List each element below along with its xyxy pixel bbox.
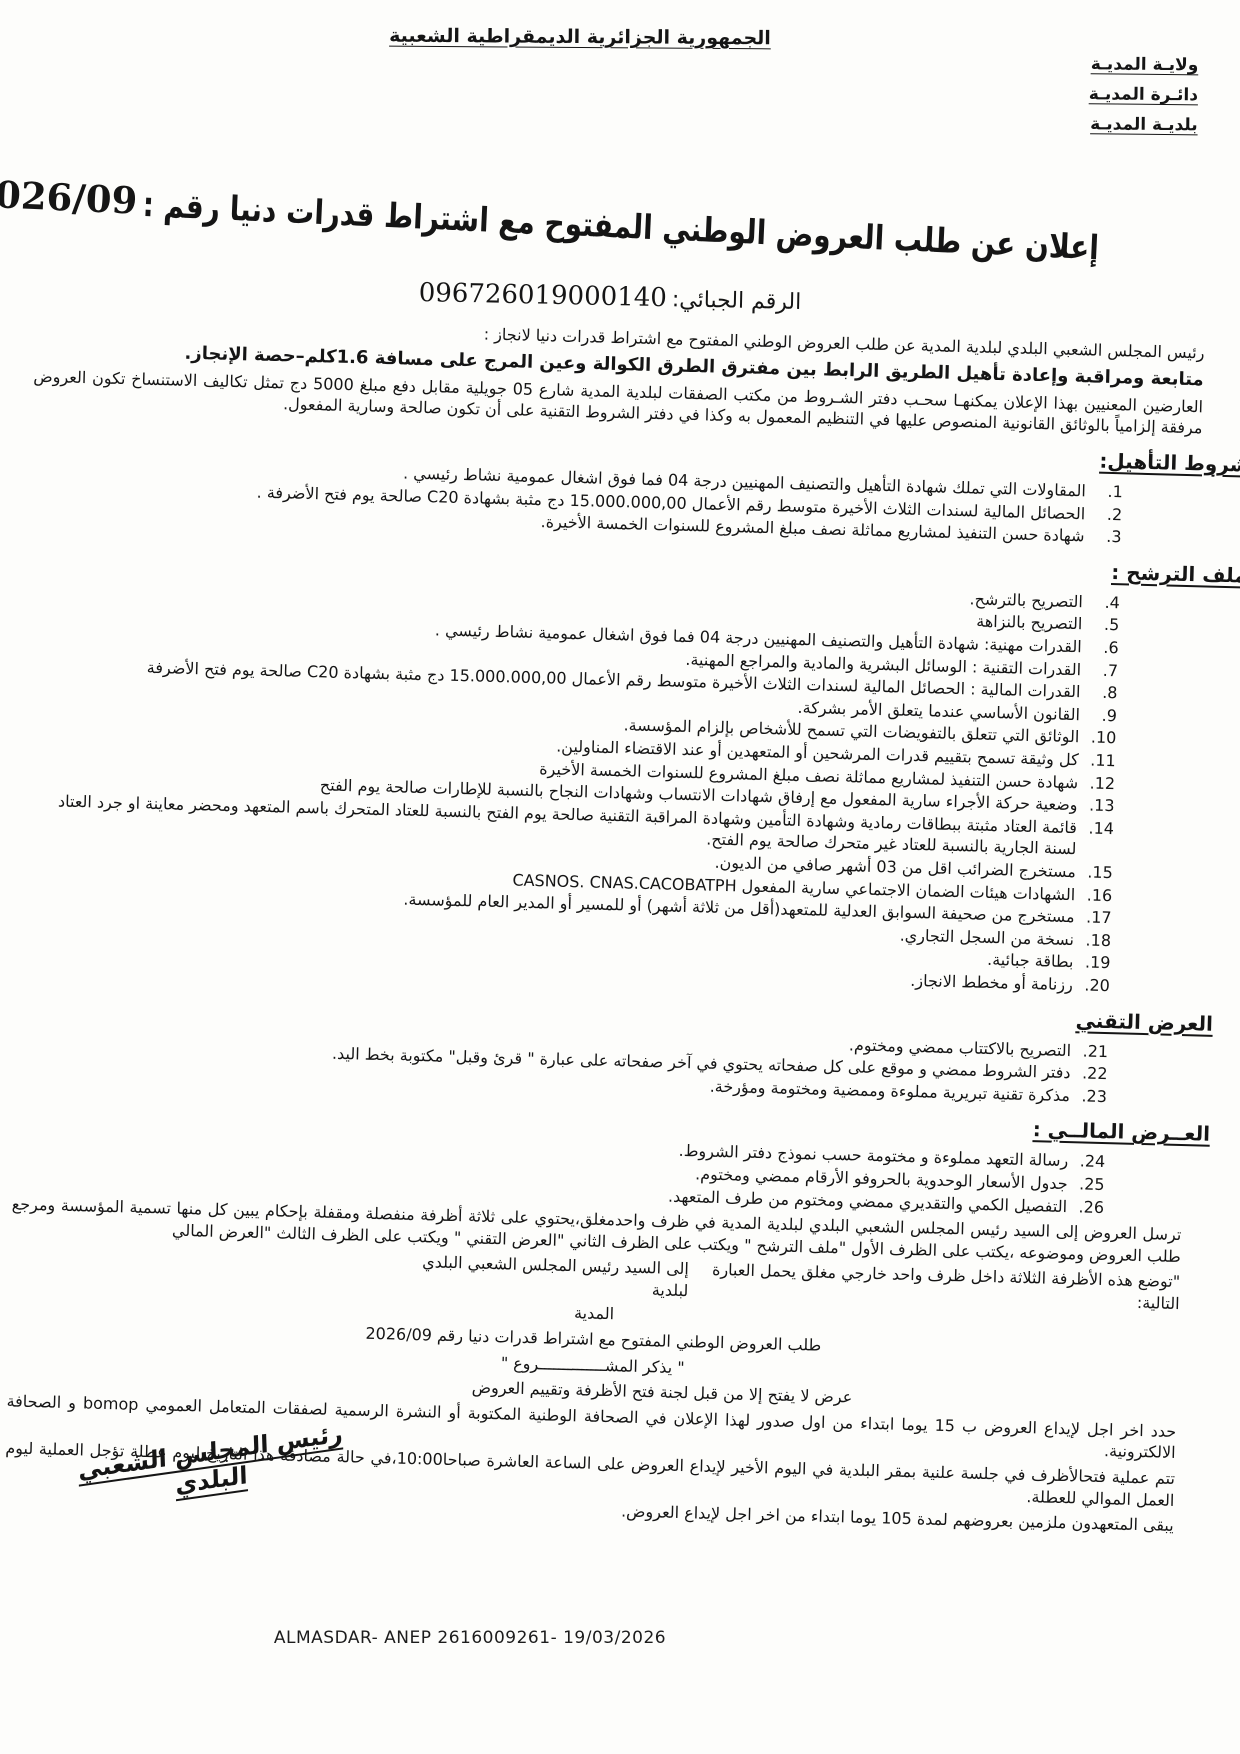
list-item-number: 18.: [1081, 929, 1112, 951]
list-item-number: 21.: [1078, 1040, 1109, 1062]
list-item-number: 2.: [1092, 503, 1123, 525]
list-item-number: 13.: [1084, 795, 1115, 817]
candidacy-list: 4.التصريح بالترشح.5.التصريح بالنزاهة6.ال…: [18, 564, 1198, 999]
envelope-address-line-1: إلى السيد رئيس المجلس الشعبي البلدي لبلد…: [395, 1251, 690, 1302]
list-item-number: 16.: [1082, 884, 1113, 906]
list-item-number: 26.: [1074, 1196, 1105, 1218]
list-item-number: 19.: [1080, 952, 1111, 974]
outer-envelope-text: "توضع هذه الأظرفة الثلاثة داخل ظرف واحد …: [688, 1259, 1180, 1315]
scanned-document-page: الجمهورية الجزائرية الديمقراطية الشعبية …: [0, 0, 1240, 1754]
announcement-title: إعلان عن طلب العروض الوطني المفتوح مع اش…: [149, 179, 1100, 266]
list-item-number: 7.: [1088, 659, 1119, 681]
announcement-title-text: إعلان عن طلب العروض الوطني المفتوح مع اش…: [142, 185, 1100, 268]
list-item-number: 25.: [1074, 1173, 1105, 1195]
list-item-number: 4.: [1090, 591, 1121, 613]
list-item-number: 15.: [1083, 861, 1114, 883]
list-item-number: 9.: [1087, 704, 1118, 726]
republic-header: الجمهورية الجزائرية الديمقراطية الشعبية: [370, 25, 790, 50]
list-item-number: 22.: [1077, 1062, 1108, 1084]
list-item-number: 1.: [1092, 481, 1123, 503]
list-item-number: 12.: [1085, 772, 1116, 794]
daira-line: دائـرة المديـة: [938, 78, 1198, 110]
tax-id-number: 096726019000140: [418, 278, 667, 313]
list-item-number: 10.: [1086, 727, 1117, 749]
document-body: رئيس المجلس الشعبي البلدي لبلدية المدية …: [4, 308, 1205, 1541]
list-item-number: 8.: [1087, 682, 1118, 704]
tax-id-label: الرقم الجبائي:: [672, 287, 802, 315]
list-item-number: 23.: [1077, 1085, 1108, 1107]
list-item-number: 3.: [1091, 526, 1122, 548]
list-item-number: 24.: [1075, 1151, 1106, 1173]
wilaya-line: ولايـة المديـة: [938, 49, 1198, 81]
announcement-title-number: 2026/09: [0, 171, 138, 223]
list-item-number: 20.: [1080, 974, 1111, 996]
list-item-number: 11.: [1085, 749, 1116, 771]
commune-line: بلديـة المديـة: [938, 108, 1198, 140]
list-item-number: 14.: [1083, 817, 1114, 861]
authority-block: ولايـة المديـة دائـرة المديـة بلديـة الم…: [938, 49, 1199, 141]
tax-id-line: الرقم الجبائي: 096726019000140: [320, 276, 901, 318]
list-item-number: 17.: [1081, 907, 1112, 929]
list-item-number: 5.: [1089, 614, 1120, 636]
list-item-number: 6.: [1088, 637, 1119, 659]
anep-footer: ALMASDAR- ANEP 2616009261- 19/03/2026: [250, 1628, 690, 1648]
